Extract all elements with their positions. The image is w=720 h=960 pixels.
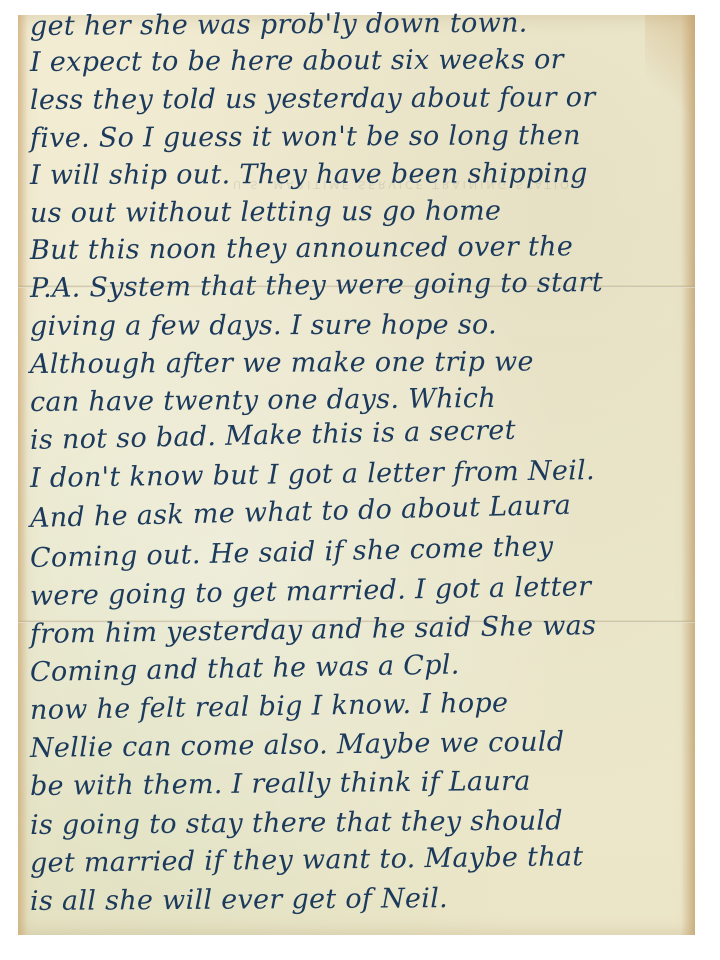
letter-line-3: less they told us yesterday about four o… [30, 82, 596, 116]
letter-line-21: be with them. I really think if Laura [30, 766, 531, 802]
letter-line-4: five. So I guess it won't be so long the… [30, 120, 581, 154]
letter-line-5: I will ship out. They have been shipping [30, 158, 588, 191]
letter-line-14: And he ask me what to do about Laura [30, 490, 572, 534]
letter-line-24: is all she will ever get of Neil. [30, 883, 448, 917]
paper-edge-stain-left [18, 15, 28, 935]
letter-line-1: get her she was prob'ly down town. [30, 8, 528, 42]
letter-line-17: from him yesterday and he said She was [30, 610, 597, 650]
letter-line-19: now he felt real big I know. I hope [30, 687, 509, 726]
paper-corner-wear [645, 15, 695, 125]
letter-line-11: can have twenty one days. Which [30, 383, 496, 418]
letter-line-2: I expect to be here about six weeks or [30, 44, 564, 78]
letter-line-20: Nellie can come also. Maybe we could [30, 726, 565, 764]
paper-edge-stain-right [681, 15, 695, 935]
letter-line-8: P.A. System that they were going to star… [30, 267, 603, 304]
letter-line-15: Coming out. He said if she come they [30, 531, 554, 574]
letter-line-23: get married if they want to. Maybe that [30, 841, 584, 879]
letter-line-9: giving a few days. I sure hope so. [30, 309, 497, 342]
letter-line-10: Although after we make one trip we [30, 346, 534, 380]
letter-line-22: is going to stay there that they should [30, 805, 563, 841]
letter-page: U.S. MARITIME SERVICE TRAINING STATION g… [18, 15, 695, 935]
letter-line-6: us out without letting us go home [30, 196, 501, 229]
letter-line-16: were going to get married. I got a lette… [30, 571, 592, 612]
letter-line-18: Coming and that he was a Cpl. [30, 650, 460, 688]
letter-line-13: I don't know but I got a letter from Nei… [30, 455, 595, 494]
letter-line-12: is not so bad. Make this is a secret [30, 415, 516, 456]
letter-line-7: But this noon they announced over the [30, 231, 573, 266]
